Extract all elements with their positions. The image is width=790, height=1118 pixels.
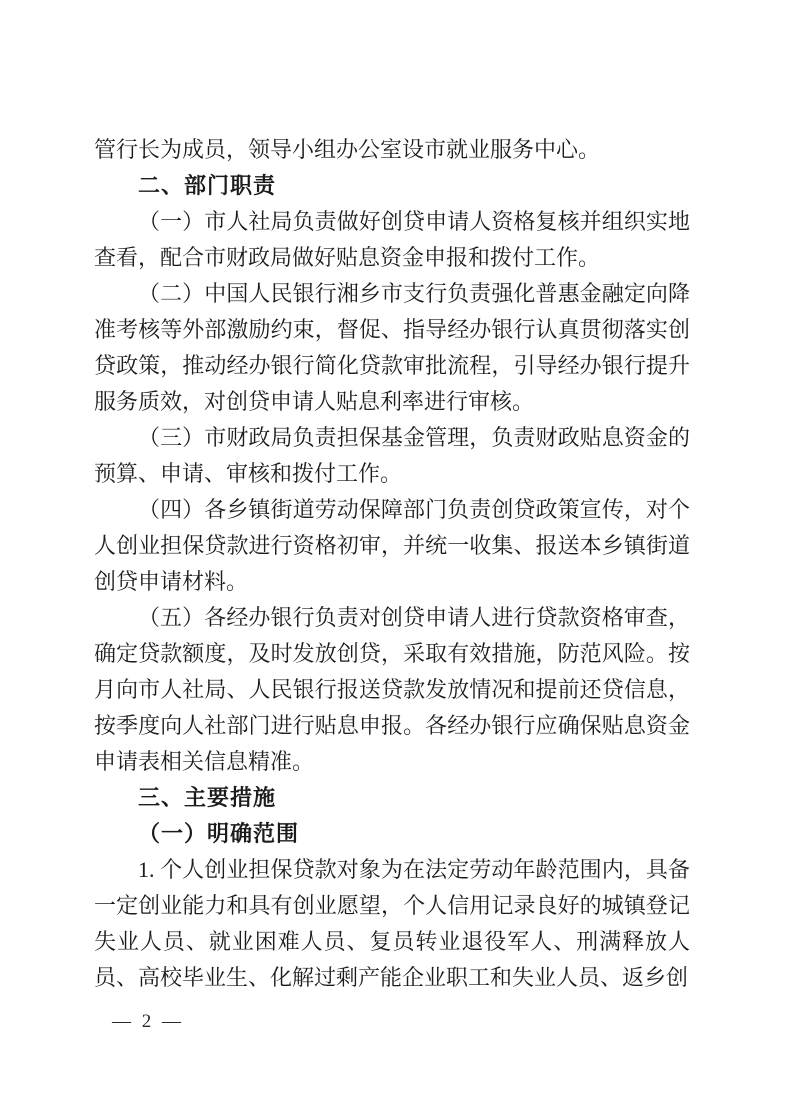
paragraph-continuation: 管行长为成员，领导小组办公室设市就业服务中心。 <box>94 132 690 168</box>
paragraph-duty-2: （二）中国人民银行湘乡市支行负责强化普惠金融定向降准考核等外部激励约束，督促、指… <box>94 276 690 420</box>
paragraph-duty-1: （一）市人社局负责做好创贷申请人资格复核并组织实地查看，配合市财政局做好贴息资金… <box>94 204 690 276</box>
paragraph-duty-5: （五）各经办银行负责对创贷申请人进行贷款资格审查，确定贷款额度，及时发放创贷，采… <box>94 600 690 780</box>
heading-section-2: 二、部门职责 <box>94 168 690 204</box>
paragraph-duty-4: （四）各乡镇街道劳动保障部门负责创贷政策宣传，对个人创业担保贷款进行资格初审，并… <box>94 492 690 600</box>
paragraph-duty-3: （三）市财政局负责担保基金管理，负责财政贴息资金的预算、申请、审核和拨付工作。 <box>94 420 690 492</box>
paragraph-scope-1: 1. 个人创业担保贷款对象为在法定劳动年龄范围内，具备一定创业能力和具有创业愿望… <box>94 852 690 996</box>
heading-section-3: 三、主要措施 <box>94 780 690 816</box>
subheading-scope: （一）明确范围 <box>94 816 690 852</box>
document-page: 管行长为成员，领导小组办公室设市就业服务中心。 二、部门职责 （一）市人社局负责… <box>0 0 790 1118</box>
document-body: 管行长为成员，领导小组办公室设市就业服务中心。 二、部门职责 （一）市人社局负责… <box>94 132 690 996</box>
page-number: — 2 — <box>112 1008 184 1036</box>
